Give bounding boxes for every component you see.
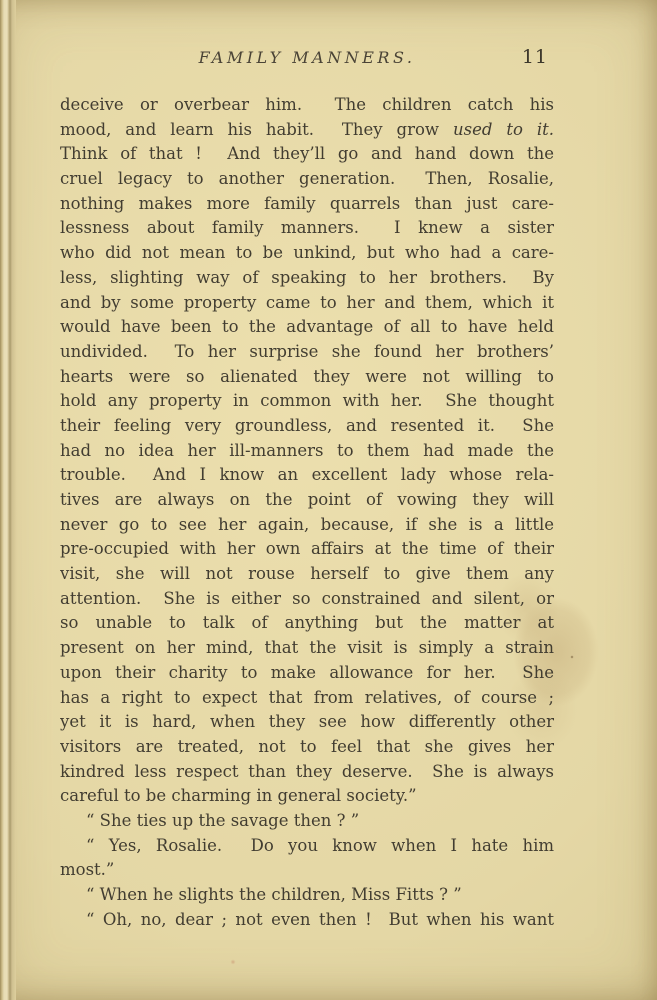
text-line: yet it is hard, when they see how differ… — [60, 710, 554, 735]
text-line: visit, she will not rouse herself to giv… — [60, 562, 554, 587]
text-line: so unable to talk of anything but the ma… — [60, 611, 554, 636]
text-line: never go to see her again, because, if s… — [60, 513, 554, 538]
text-run: careful to be charming in general societ… — [60, 786, 417, 805]
text-line: lessness about family manners. I knew a … — [60, 216, 554, 241]
text-run: upon their charity to make allowance for… — [60, 663, 554, 682]
text-line: careful to be charming in general societ… — [60, 784, 554, 809]
text-line: less, slighting way of speaking to her b… — [60, 266, 554, 291]
text-line: pre-occupied with her own affairs at the… — [60, 537, 554, 562]
text-line: most.” — [60, 858, 554, 883]
text-run: “ She ties up the savage then ? ” — [86, 811, 359, 830]
page-number: 11 — [522, 46, 548, 68]
text-line: cruel legacy to another generation. Then… — [60, 167, 554, 192]
text-line: and by some property came to her and the… — [60, 291, 554, 316]
text-run: their feeling very groundless, and resen… — [60, 416, 554, 435]
text-run: would have been to the advantage of all … — [60, 317, 554, 336]
text-run: “ Oh, no, dear ; not even then ! But whe… — [86, 910, 554, 929]
text-run: present on her mind, that the visit is s… — [60, 638, 554, 657]
text-line: “ When he slights the children, Miss Fit… — [60, 883, 554, 908]
text-line: their feeling very groundless, and resen… — [60, 414, 554, 439]
text-line: upon their charity to make allowance for… — [60, 661, 554, 686]
book-page: FAMILY MANNERS. 11 deceive or overbear h… — [0, 0, 657, 1000]
text-run: hold any property in common with her. Sh… — [60, 391, 554, 410]
text-run: yet it is hard, when they see how differ… — [60, 712, 554, 731]
text-line: Think of that ! And they’ll go and hand … — [60, 142, 554, 167]
text-run: cruel legacy to another generation. Then… — [60, 169, 554, 188]
text-line: had no idea her ill-manners to them had … — [60, 439, 554, 464]
text-run: undivided. To her surprise she found her… — [60, 342, 554, 361]
text-run: nothing makes more family quarrels than … — [60, 194, 554, 213]
text-run: lessness about family manners. I knew a … — [60, 218, 554, 237]
page-body-text: deceive or overbear him. The children ca… — [60, 93, 554, 932]
running-header-title: FAMILY MANNERS. — [199, 48, 416, 67]
text-run: visit, she will not rouse herself to giv… — [60, 564, 554, 583]
text-line: deceive or overbear him. The children ca… — [60, 93, 554, 118]
text-line: attention. She is either so constrained … — [60, 587, 554, 612]
text-run: has a right to expect that from relative… — [60, 688, 554, 707]
text-line: hearts were so alienated they were not w… — [60, 365, 554, 390]
text-line: mood, and learn his habit. They grow use… — [60, 118, 554, 143]
text-line: hold any property in common with her. Sh… — [60, 389, 554, 414]
text-line: nothing makes more family quarrels than … — [60, 192, 554, 217]
text-run: less, slighting way of speaking to her b… — [60, 268, 554, 287]
text-run: who did not mean to be unkind, but who h… — [60, 243, 554, 262]
text-run: attention. She is either so constrained … — [60, 589, 554, 608]
italic-text-run: used to it. — [453, 120, 554, 139]
text-line: would have been to the advantage of all … — [60, 315, 554, 340]
text-run: kindred less respect than they deserve. … — [60, 762, 554, 781]
text-run: so unable to talk of anything but the ma… — [60, 613, 554, 632]
text-run: tives are always on the point of vowing … — [60, 490, 554, 509]
text-line: visitors are treated, not to feel that s… — [60, 735, 554, 760]
text-run: hearts were so alienated they were not w… — [60, 367, 554, 386]
text-run: never go to see her again, because, if s… — [60, 515, 554, 534]
text-line: present on her mind, that the visit is s… — [60, 636, 554, 661]
text-run: most.” — [60, 860, 114, 879]
text-line: trouble. And I know an excellent lady wh… — [60, 463, 554, 488]
text-line: has a right to expect that from relative… — [60, 686, 554, 711]
text-run: mood, and learn his habit. They grow — [60, 120, 453, 139]
text-line: who did not mean to be unkind, but who h… — [60, 241, 554, 266]
text-run: pre-occupied with her own affairs at the… — [60, 539, 554, 558]
text-line: “ She ties up the savage then ? ” — [60, 809, 554, 834]
text-run: and by some property came to her and the… — [60, 293, 554, 312]
text-run: had no idea her ill-manners to them had … — [60, 441, 554, 460]
text-line: kindred less respect than they deserve. … — [60, 760, 554, 785]
text-run: trouble. And I know an excellent lady wh… — [60, 465, 554, 484]
text-line: “ Oh, no, dear ; not even then ! But whe… — [60, 908, 554, 933]
text-line: undivided. To her surprise she found her… — [60, 340, 554, 365]
text-line: tives are always on the point of vowing … — [60, 488, 554, 513]
text-run: Think of that ! And they’ll go and hand … — [60, 144, 554, 163]
text-line: “ Yes, Rosalie. Do you know when I hate … — [60, 834, 554, 859]
text-run: “ Yes, Rosalie. Do you know when I hate … — [86, 836, 554, 855]
running-header: FAMILY MANNERS. 11 — [60, 48, 554, 67]
text-run: visitors are treated, not to feel that s… — [60, 737, 554, 756]
text-run: deceive or overbear him. The children ca… — [60, 95, 554, 114]
text-run: “ When he slights the children, Miss Fit… — [86, 885, 462, 904]
